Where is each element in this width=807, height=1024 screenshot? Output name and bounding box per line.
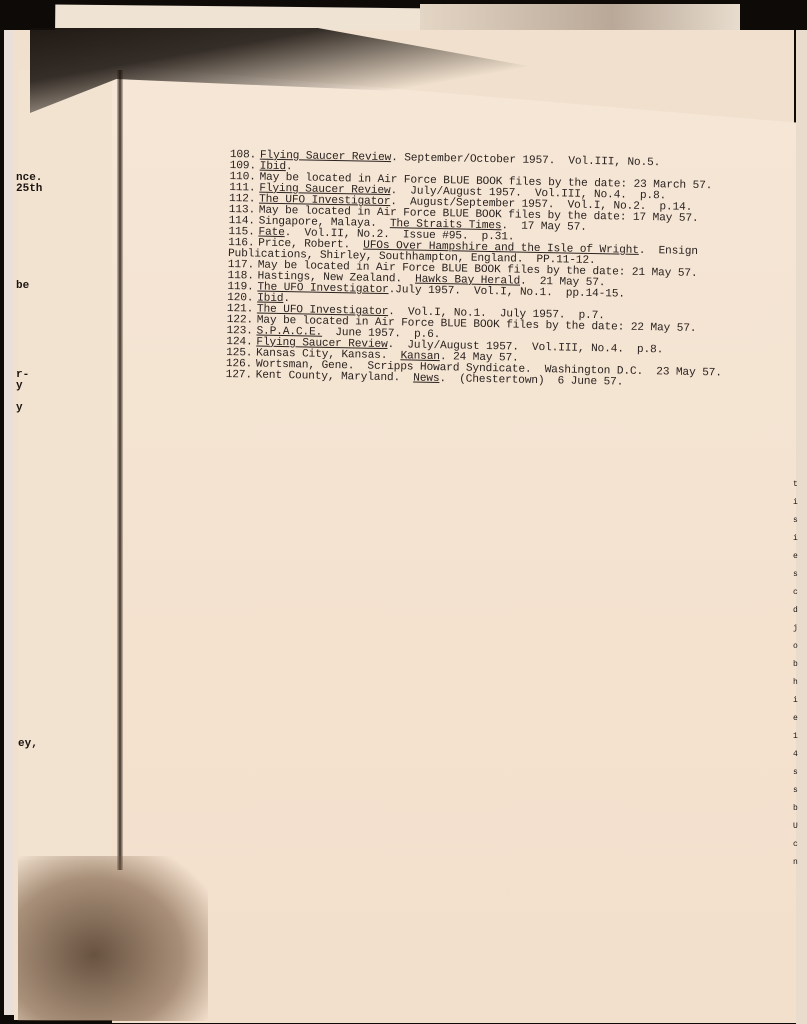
right-fragment-text: s <box>793 516 798 526</box>
right-fragment-text: s <box>793 768 798 778</box>
right-fragment-text: e <box>793 552 798 562</box>
left-fragment-text: y <box>16 402 23 414</box>
right-fragment-text: i <box>793 534 798 544</box>
copy-stain <box>18 856 208 1021</box>
right-fragment-text: e <box>793 714 798 724</box>
right-fragment-text: s <box>793 786 798 796</box>
right-sheet-edge <box>796 30 807 1024</box>
left-fragment-text: be <box>16 280 29 292</box>
right-fragment-text: i <box>793 498 798 508</box>
right-fragment-text: n <box>793 858 798 868</box>
right-fragment-text: b <box>793 804 798 814</box>
right-fragment-text: s <box>793 570 798 580</box>
footnote-text: . Ensign <box>639 245 698 258</box>
right-fragment-text: j <box>793 624 798 634</box>
right-fragment-text: U <box>793 822 798 832</box>
footnote-list: 108.Flying Saucer Review. September/Octo… <box>226 150 680 390</box>
right-fragment-text: b <box>793 660 798 670</box>
underlined-title: News <box>413 373 439 386</box>
fold-shadow <box>117 70 123 870</box>
left-fragment-text: y <box>16 380 23 392</box>
right-fragment-text: d <box>793 606 798 616</box>
left-fragment-text: 25th <box>16 183 42 195</box>
right-fragment-text: o <box>793 642 798 652</box>
right-fragment-text: c <box>793 840 798 850</box>
footnote-number: 127. <box>226 370 256 382</box>
right-fragment-text: t <box>793 480 798 490</box>
right-fragment-text: i <box>793 696 798 706</box>
right-fragment-text: 1 <box>793 732 798 742</box>
left-fragment-text: ey, <box>18 738 38 750</box>
right-fragment-text: 4 <box>793 750 798 760</box>
right-fragment-text: c <box>793 588 798 598</box>
right-fragment-text: h <box>793 678 798 688</box>
